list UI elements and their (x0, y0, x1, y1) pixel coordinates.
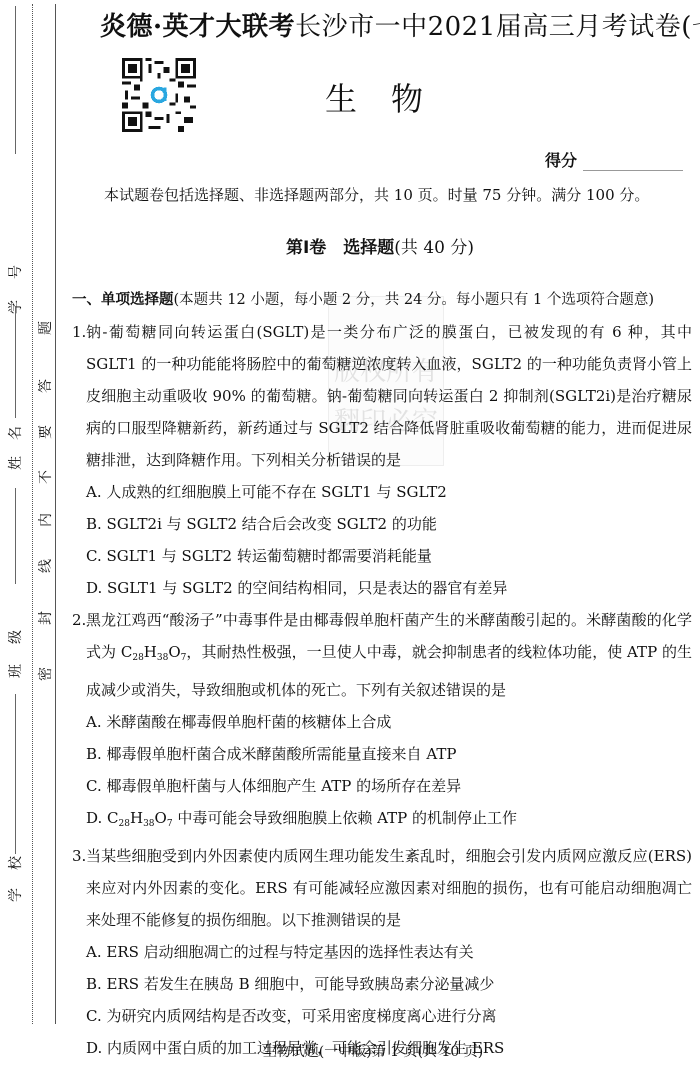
question-stem: 钠-葡萄糖同向转运蛋白(SGLT)是一类分布广泛的膜蛋白，已被发现的有 6 种，… (72, 316, 692, 476)
seal-notice-char: 封 (35, 610, 55, 626)
margin-rule (55, 4, 56, 1024)
option-a[interactable]: A. ERS 启动细胞凋亡的过程与特定基因的选择性表达有关 (72, 936, 692, 968)
option-b[interactable]: B. ERS 若发生在胰岛 B 细胞中，可能导致胰岛素分泌量减少 (72, 968, 692, 1000)
option-a[interactable]: A. 米酵菌酸在椰毒假单胞杆菌的核糖体上合成 (72, 706, 692, 738)
option-d[interactable]: D. C28H38O7 中毒可能会导致细胞膜上依赖 ATP 的机制停止工作 (72, 802, 692, 840)
dotted-cut-line (32, 4, 33, 1024)
exam-title-rest: 长沙市一中2021届高三月考试卷(七) (295, 12, 700, 42)
score-label: 得分 (545, 148, 577, 171)
chemical-formula: C28H38O7 (107, 809, 173, 827)
school-line[interactable] (15, 694, 16, 854)
class-label-char: 级 (9, 629, 23, 645)
part-title: 第Ⅰ卷 选择题(共 40 分) (0, 233, 700, 258)
option-a[interactable]: A. 人成熟的红细胞膜上可能不存在 SGLT1 与 SGLT2 (72, 476, 692, 508)
section-heading: 一、单项选择题(本题共 12 小题，每小题 2 分，共 24 分。每小题只有 1… (72, 284, 692, 316)
formula-sub: 38 (157, 653, 168, 663)
chemical-formula: C28H38O7 (121, 643, 187, 661)
seal-notice-char: 要 (35, 424, 55, 440)
question-number: 2. (72, 604, 86, 636)
option-d[interactable]: D. SGLT1 与 SGLT2 的空间结构相同，只是表达的器官有差异 (72, 572, 692, 604)
option-b[interactable]: B. 椰毒假单胞杆菌合成米酵菌酸所需能量直接来自 ATP (72, 738, 692, 770)
seal-notice-char: 不 (35, 469, 55, 485)
question-1: 1. 钠-葡萄糖同向转运蛋白(SGLT)是一类分布广泛的膜蛋白，已被发现的有 6… (72, 316, 692, 476)
score-field[interactable] (583, 170, 683, 171)
student-id-line[interactable] (15, 6, 16, 154)
formula-sub: 28 (119, 819, 130, 829)
question-2: 2. 黑龙江鸡西“酸汤子”中毒事件是由椰毒假单胞杆菌产生的米酵菌酸引起的。米酵菌… (72, 604, 692, 706)
seal-notice-char: 内 (35, 512, 55, 528)
option-c[interactable]: C. SGLT1 与 SGLT2 转运葡萄糖时都需要消耗能量 (72, 540, 692, 572)
student-name-line[interactable] (15, 306, 16, 418)
question-number: 3. (72, 840, 86, 872)
option-c[interactable]: C. 为研究内质网结构是否改变，可采用密度梯度离心进行分离 (72, 1000, 692, 1032)
binding-margin: 号 学 名 姓 级 班 校 学 题 答 要 不 内 线 封 密 (0, 0, 60, 1072)
seal-notice-char: 题 (35, 320, 55, 336)
seal-notice-char: 密 (35, 666, 55, 682)
seal-notice-char: 线 (35, 558, 55, 574)
part-title-points: (共 40 分) (394, 238, 474, 258)
subject-title: 生物 (325, 74, 457, 120)
page-footer: 生物试题(一中版)第 1 页(共 10 页) (0, 1041, 700, 1061)
student-id-label-char: 号 (9, 264, 23, 280)
question-stem: 当某些细胞受到内外因素使内质网生理功能发生紊乱时，细胞会引发内质网应激反应(ER… (72, 840, 692, 936)
part-title-main: 第Ⅰ卷 选择题 (286, 238, 394, 258)
seal-notice-char: 答 (35, 378, 55, 394)
class-line[interactable] (15, 488, 16, 584)
exam-title-brand: 炎德·英才大联考 (100, 12, 295, 42)
qr-code-icon[interactable] (122, 58, 196, 132)
option-label: D. (86, 809, 107, 827)
question-number: 1. (72, 316, 86, 348)
question-area: 一、单项选择题(本题共 12 小题，每小题 2 分，共 24 分。每小题只有 1… (72, 284, 692, 1064)
question-3: 3. 当某些细胞受到内外因素使内质网生理功能发生紊乱时，细胞会引发内质网应激反应… (72, 840, 692, 936)
section-heading-title: 一、单项选择题 (72, 292, 174, 308)
student-id-label-char: 学 (9, 299, 23, 315)
option-text: 中毒可能会导致细胞膜上依赖 ATP 的机制停止工作 (173, 809, 517, 827)
section-heading-note: (本题共 12 小题，每小题 2 分，共 24 分。每小题只有 1 个选项符合题… (174, 292, 655, 308)
school-label-char: 学 (9, 887, 23, 903)
formula-sub: 28 (132, 653, 143, 663)
exam-title: 炎德·英才大联考长沙市一中2021届高三月考试卷(七) (100, 6, 690, 43)
exam-intro: 本试题卷包括选择题、非选择题两部分，共 10 页。时量 75 分钟。满分 100… (104, 184, 649, 205)
student-name-label-char: 名 (9, 425, 23, 441)
class-label-char: 班 (9, 663, 23, 679)
option-c[interactable]: C. 椰毒假单胞杆菌与人体细胞产生 ATP 的场所存在差异 (72, 770, 692, 802)
formula-sub: 38 (143, 819, 154, 829)
school-label-char: 校 (9, 855, 23, 871)
student-name-label-char: 姓 (9, 455, 23, 471)
question-stem: 黑龙江鸡西“酸汤子”中毒事件是由椰毒假单胞杆菌产生的米酵菌酸引起的。米酵菌酸的化… (72, 604, 692, 706)
option-b[interactable]: B. SGLT2i 与 SGLT2 结合后会改变 SGLT2 的功能 (72, 508, 692, 540)
